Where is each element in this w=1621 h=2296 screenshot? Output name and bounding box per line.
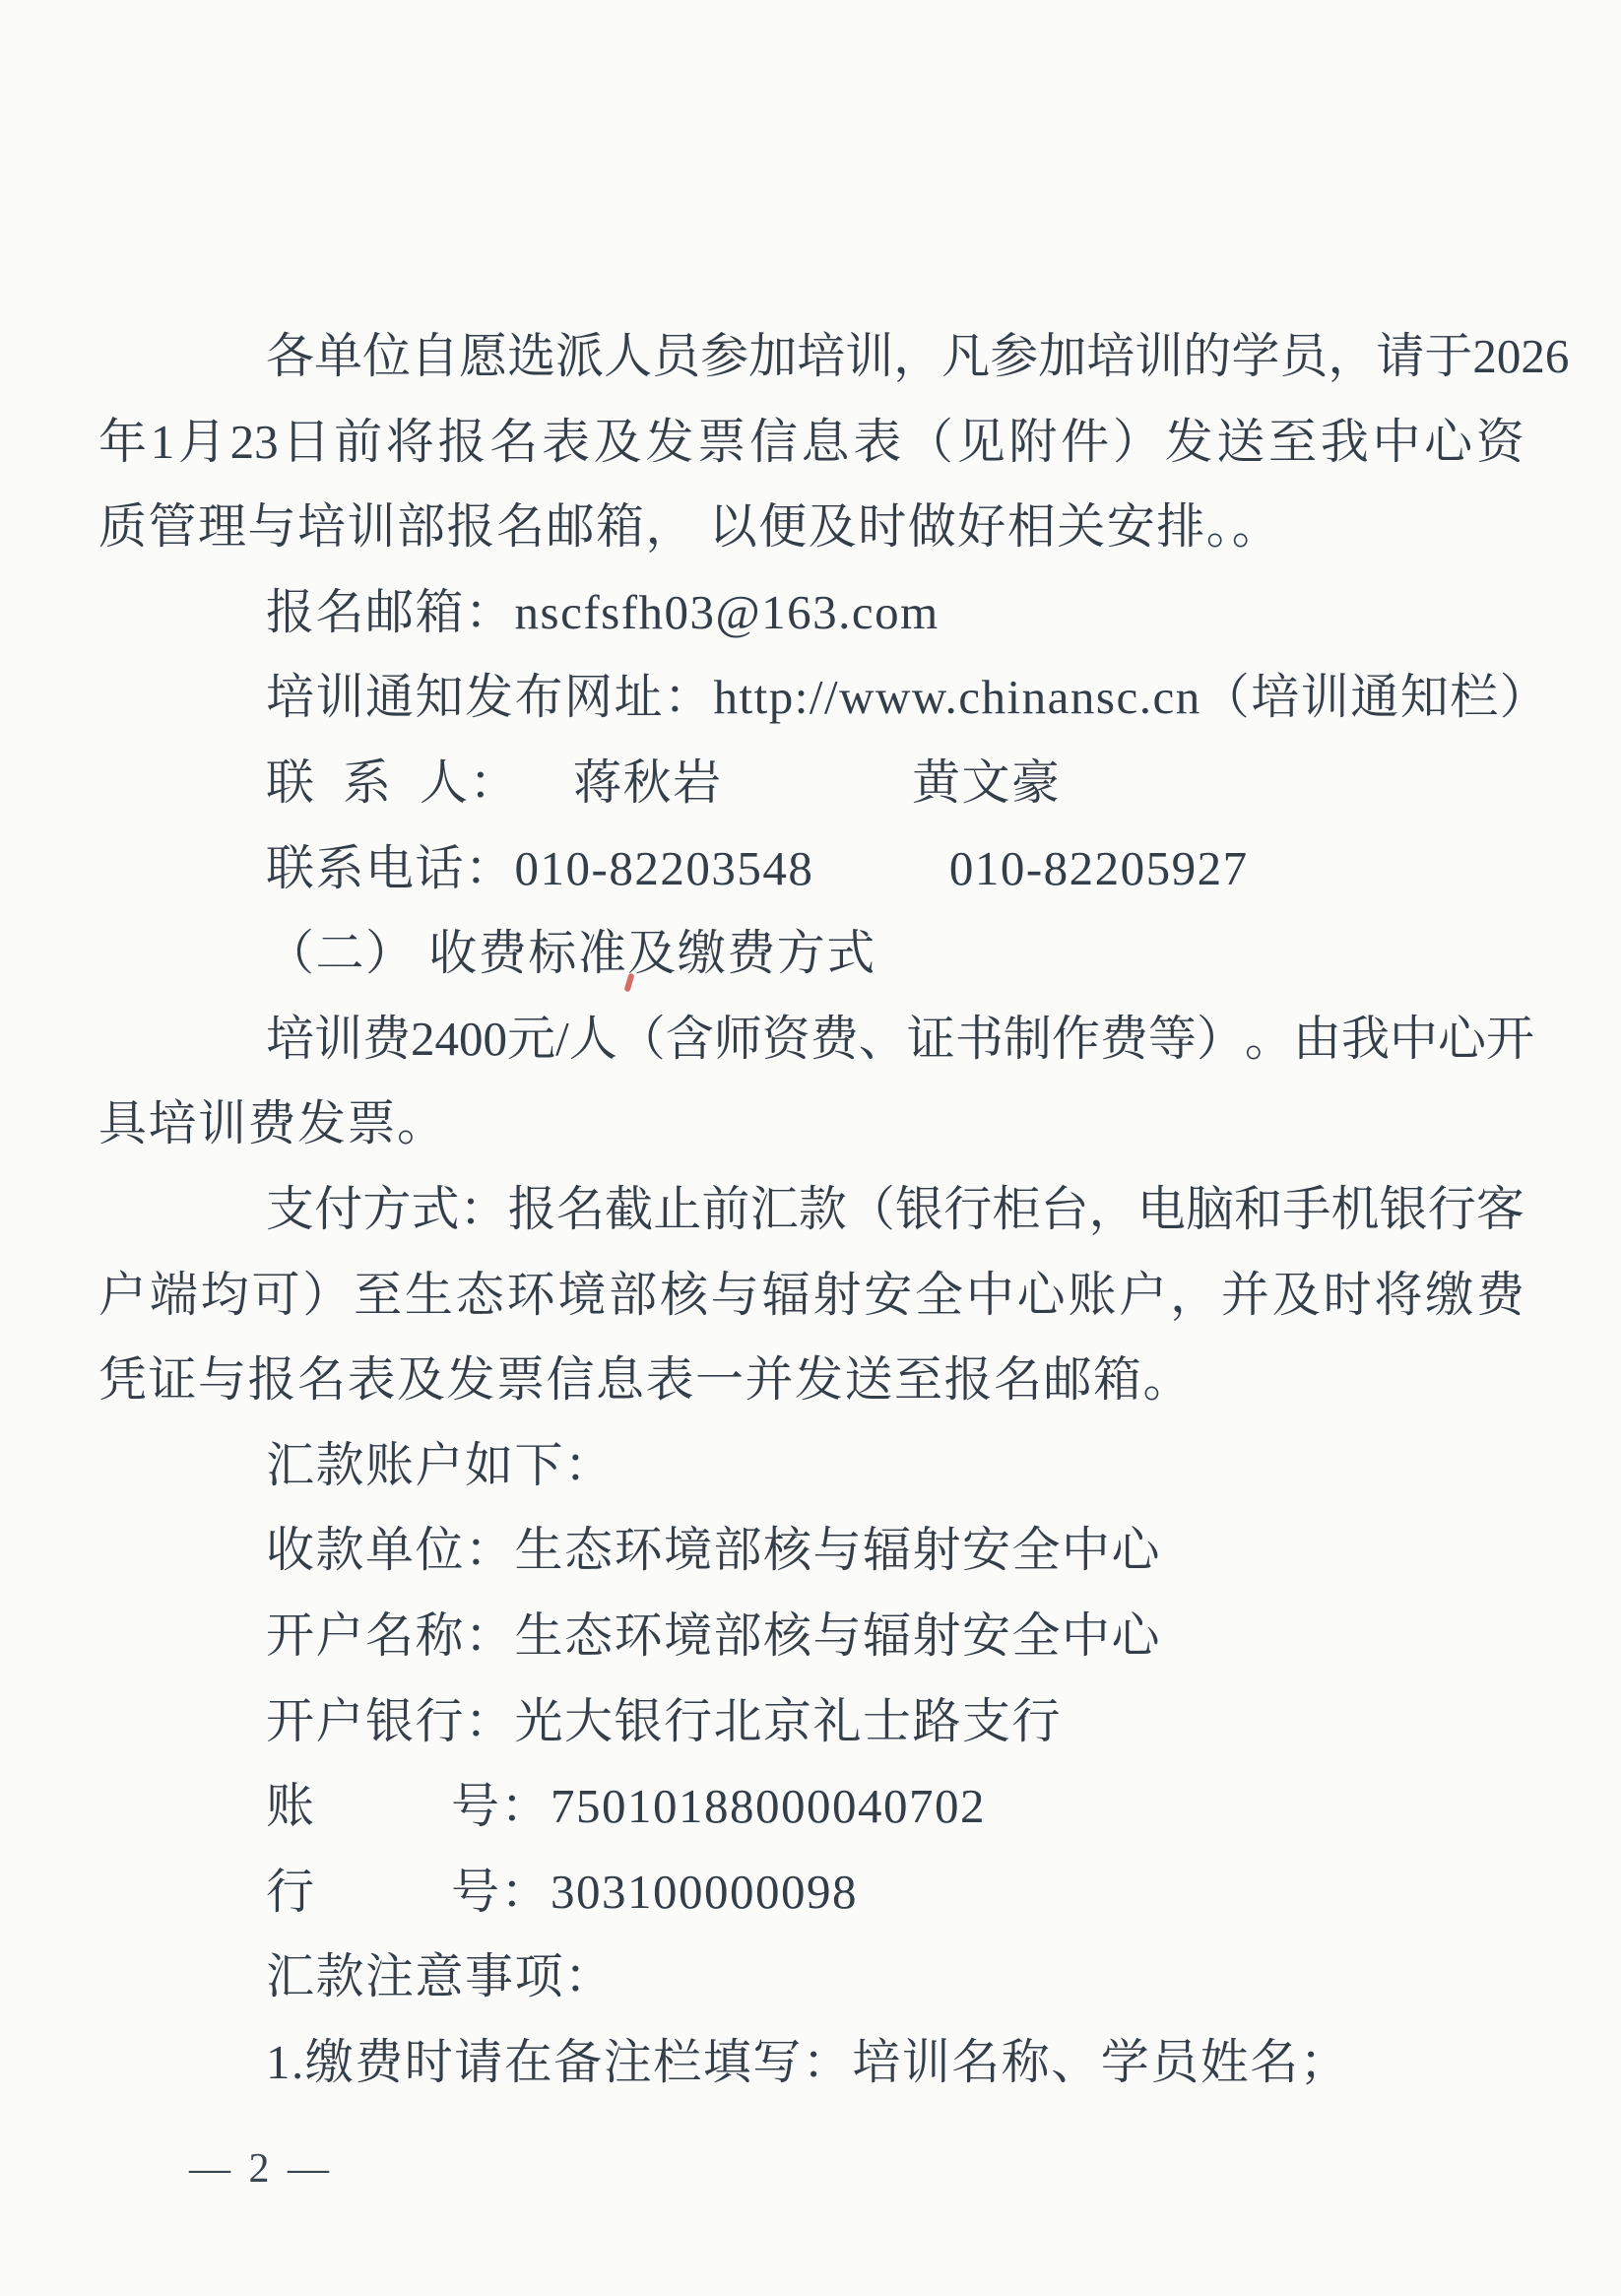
text-line: 开户名称：生态环境部核与辐射安全中心 xyxy=(98,1607,1524,1692)
text-line: 汇款注意事项： xyxy=(98,1947,1524,2033)
document-body: 各单位自愿选派人员参加培训，凡参加培训的学员，请于2026年1月23日前将报名表… xyxy=(98,327,1524,2118)
text-line: 具培训费发票。 xyxy=(98,1094,1524,1180)
text-line: 凭证与报名表及发票信息表一并发送至报名邮箱。 xyxy=(98,1350,1524,1436)
page-number: — 2 — xyxy=(189,2145,333,2193)
text-line: 年1月23日前将报名表及发票信息表（见附件）发送至我中心资 xyxy=(98,413,1524,498)
text-line: 1.缴费时请在备注栏填写：培训名称、学员姓名； xyxy=(98,2033,1524,2119)
text-line: 开户银行：光大银行北京礼士路支行 xyxy=(98,1692,1524,1778)
text-line: 行 号：303100000098 xyxy=(98,1863,1524,1948)
text-line: 培训通知发布网址：http://www.chinansc.cn（培训通知栏） xyxy=(98,668,1524,754)
text-line: 联 系 人： 蒋秋岩 黄文豪 xyxy=(98,754,1524,839)
text-line: 各单位自愿选派人员参加培训，凡参加培训的学员，请于2026 xyxy=(98,327,1524,413)
text-line: 账 号：75010188000040702 xyxy=(98,1777,1524,1863)
text-line: 户端均可）至生态环境部核与辐射安全中心账户，并及时将缴费 xyxy=(98,1266,1524,1351)
text-line: 报名邮箱：nscfsfh03@163.com xyxy=(98,583,1524,669)
text-line: 培训费2400元/人（含师资费、证书制作费等）。由我中心开 xyxy=(98,1010,1524,1095)
text-line: 支付方式：报名截止前汇款（银行柜台，电脑和手机银行客 xyxy=(98,1180,1524,1266)
text-line: 联系电话：010-82203548 010-82205927 xyxy=(98,839,1524,925)
text-line: 汇款账户如下： xyxy=(98,1436,1524,1522)
document-page: 各单位自愿选派人员参加培训，凡参加培训的学员，请于2026年1月23日前将报名表… xyxy=(0,0,1621,2296)
text-line: 质管理与培训部报名邮箱， 以便及时做好相关安排。。 xyxy=(98,497,1524,583)
text-line: 收款单位：生态环境部核与辐射安全中心 xyxy=(98,1521,1524,1607)
text-line: （二） 收费标准及缴费方式 xyxy=(98,924,1524,1010)
